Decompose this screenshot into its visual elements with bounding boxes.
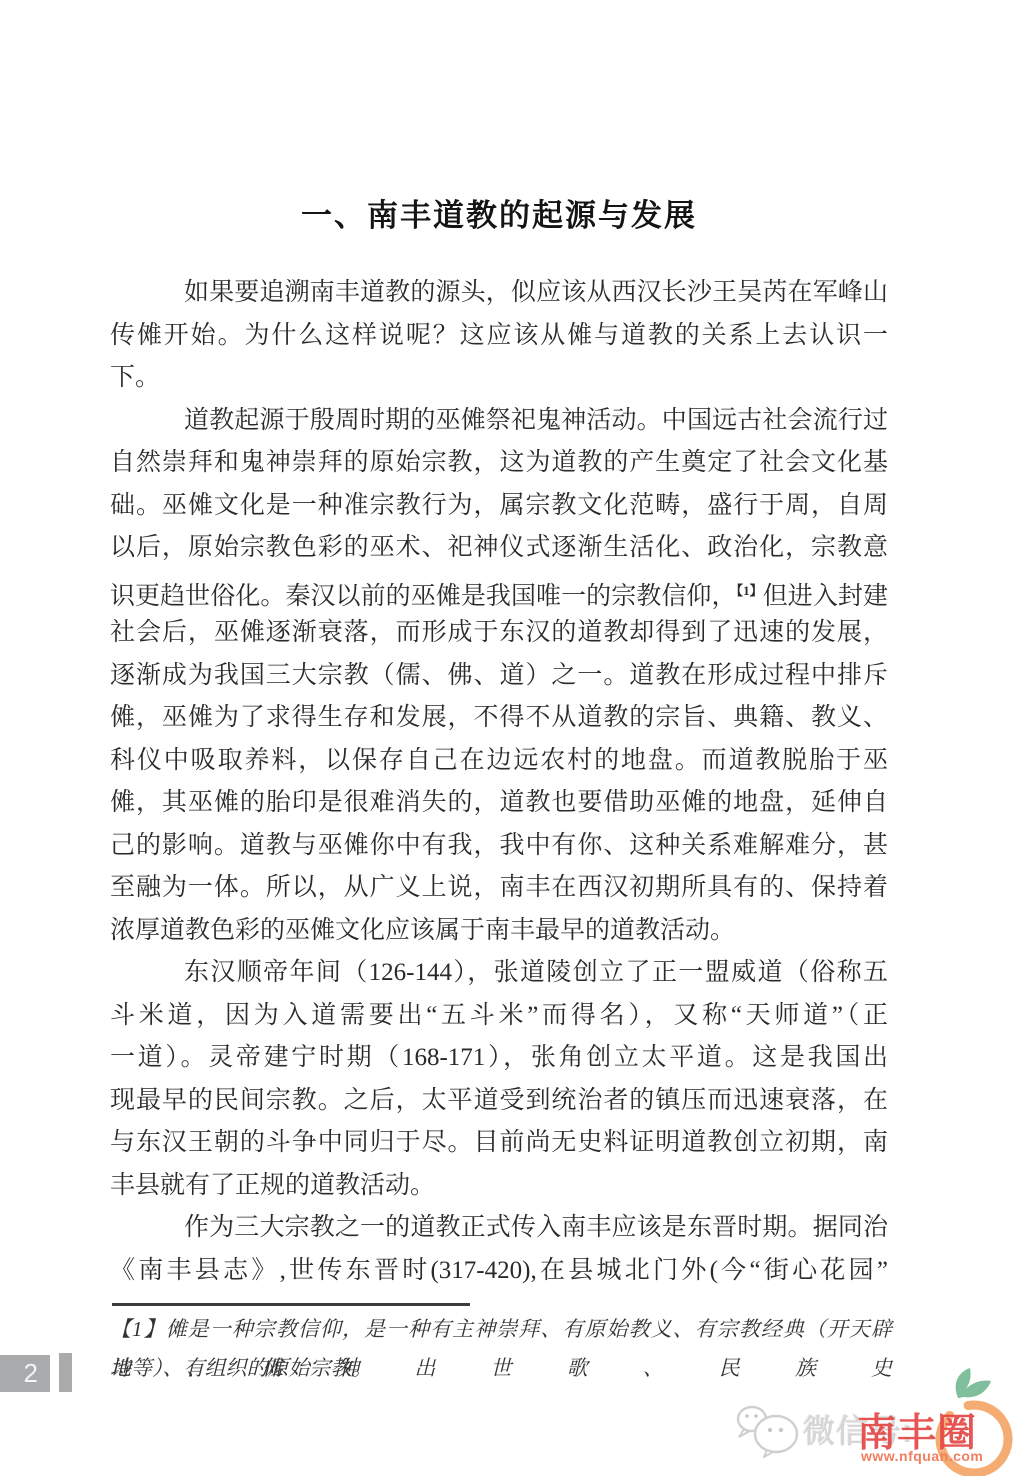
body-line-text: 但进入封建 <box>763 583 888 610</box>
scanned-book-page: 一、南丰道教的起源与发展 如果要追溯南丰道教的源头，似应该从西汉长沙王吴芮在军峰… <box>0 0 1016 1476</box>
body-line: 自然崇拜和鬼神崇拜的原始宗教，这为道教的产生奠定了社会文化基 <box>110 442 888 485</box>
body-line: 一道）。灵帝建宁时期（168-171），张角创立太平道。这是我国出 <box>110 1037 888 1080</box>
body-line: 浓厚道教色彩的巫傩文化应该属于南丰最早的道教活动。 <box>110 910 888 953</box>
wechat-icon <box>733 1400 801 1458</box>
body-line: 道教起源于殷周时期的巫傩祭祀鬼神活动。中国远古社会流行过 <box>110 400 888 443</box>
body-line: 科仪中吸取养料，以保存自己在边远农村的地盘。而道教脱胎于巫 <box>110 740 888 783</box>
page-number: 2 <box>24 1358 38 1389</box>
page-number-tab: 2 <box>0 1355 50 1392</box>
body-line: 下。 <box>110 357 888 400</box>
body-line: 础。巫傩文化是一种准宗教行为，属宗教文化范畴，盛行于周，自周 <box>110 485 888 528</box>
body-line: 如果要追溯南丰道教的源头，似应该从西汉长沙王吴芮在军峰山 <box>110 272 888 315</box>
page-title: 一、南丰道教的起源与发展 <box>110 190 888 235</box>
footnote: 【1】傩是一种宗教信仰，是一种有主神崇拜、有原始教义、有宗教经典（开天辟地、傩神… <box>110 1310 892 1388</box>
body-line: 东汉顺帝年间（126-144），张道陵创立了正一盟威道（俗称五 <box>110 952 888 995</box>
footnote-ref-marker: 【1】 <box>737 583 763 598</box>
body-line: 传傩开始。为什么这样说呢？这应该从傩与道教的关系上去认识一 <box>110 315 888 358</box>
body-line: 社会后，巫傩逐渐衰落，而形成于东汉的道教却得到了迅速的发展， <box>110 612 888 655</box>
body-line: 以后，原始宗教色彩的巫术、祀神仪式逐渐生活化、政治化，宗教意 <box>110 527 888 570</box>
footnote-separator <box>112 1303 470 1306</box>
leaf-icon <box>956 1368 991 1398</box>
footnote-line: 【1】傩是一种宗教信仰，是一种有主神崇拜、有原始教义、有宗教经典（开天辟地、傩神… <box>110 1310 892 1349</box>
body-line: 至融为一体。所以，从广义上说，南丰在西汉初期所具有的、保持着 <box>110 867 888 910</box>
body-line: 斗米道，因为入道需要出“五斗米”而得名），又称“天师道”（正 <box>110 995 888 1038</box>
body-line: 丰县就有了正规的道教活动。 <box>110 1165 888 1208</box>
body-line: 傩，巫傩为了求得生存和发展，不得不从道教的宗旨、典籍、教义、 <box>110 697 888 740</box>
body-line: 现最早的民间宗教。之后，太平道受到统治者的镇压而迅速衰落，在 <box>110 1080 888 1123</box>
body-line-with-footnote-ref: 识更趋世俗化。秦汉以前的巫傩是我国唯一的宗教信仰，【1】但进入封建 <box>110 570 888 613</box>
body-line: 逐渐成为我国三大宗教（儒、佛、道）之一。道教在形成过程中排斥 <box>110 655 888 698</box>
body-line: 《南丰县志》,世传东晋时(317-420),在县城北门外(今“街心花园” <box>110 1250 888 1293</box>
body-line-text: 识更趋世俗化。秦汉以前的巫傩是我国唯一的宗教信仰， <box>110 583 737 610</box>
body-line: 己的影响。道教与巫傩你中有我，我中有你、这种关系难解难分，甚 <box>110 825 888 868</box>
page-number-accent-bar <box>59 1353 72 1392</box>
body-text: 如果要追溯南丰道教的源头，似应该从西汉长沙王吴芮在军峰山 传傩开始。为什么这样说… <box>110 272 888 1292</box>
brand-url: www.nfquan.com <box>861 1448 983 1464</box>
body-line: 作为三大宗教之一的道教正式传入南丰应该是东晋时期。据同治 <box>110 1207 888 1250</box>
body-line: 傩，其巫傩的胎印是很难消失的，道教也要借助巫傩的地盘，延伸自 <box>110 782 888 825</box>
body-line: 与东汉王朝的斗争中同归于尽。目前尚无史料证明道教创立初期，南 <box>110 1122 888 1165</box>
